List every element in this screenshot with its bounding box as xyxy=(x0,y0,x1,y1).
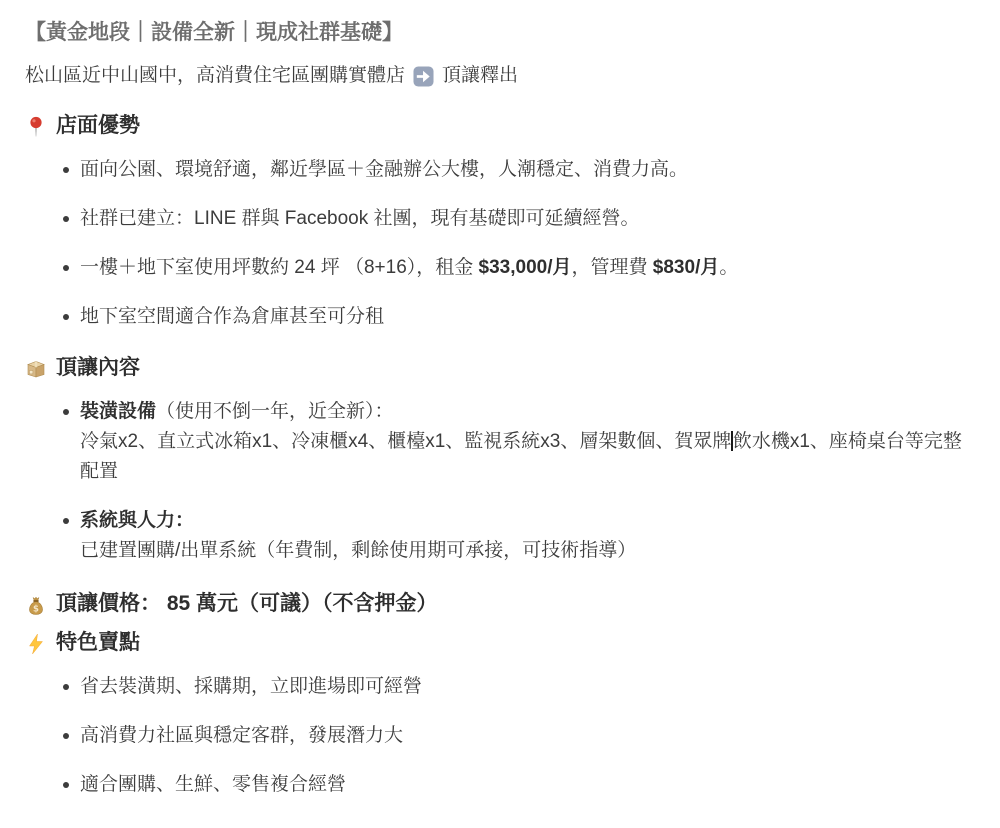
post-content[interactable]: 【黃金地段｜設備全新｜現成社群基礎】 松山區近中山國中，高消費住宅區團購實體店 … xyxy=(25,19,975,800)
text-segment: 面向公園、環境舒適，鄰近學區＋金融辦公大樓，人潮穩定、消費力高。 xyxy=(80,159,688,180)
storefront-list: 面向公園、環境舒適，鄰近學區＋金融辦公大樓，人潮穩定、消費力高。 社群已建立：L… xyxy=(25,155,975,332)
section-heading-features: 特色賣點 xyxy=(25,629,975,658)
price-text: 頂讓價格： 85 萬元（可議）（不含押金） xyxy=(56,590,438,619)
text-segment: 高消費力社區與穩定客群，發展潛力大 xyxy=(80,725,403,746)
money-bag-icon: $ xyxy=(25,594,47,616)
svg-text:$: $ xyxy=(33,604,39,614)
bold-text-segment: $830/月 xyxy=(653,257,720,278)
right-arrow-icon xyxy=(413,66,434,87)
text-segment: （使用不倒一年，近全新）： xyxy=(156,401,394,422)
section-heading-label: 店面優勢 xyxy=(56,112,140,141)
list-item: 地下室空間適合作為倉庫甚至可分租 xyxy=(80,302,975,332)
package-icon xyxy=(25,358,47,380)
list-item: 系統與人力：已建置團購/出單系統（年費制，剩餘使用期可承接，可技術指導） xyxy=(80,506,975,566)
lightning-icon xyxy=(25,633,47,655)
text-segment: 冷氣x2、直立式冰箱x1、冷凍櫃x4、櫃檯x1、監視系統x3、層架數個、賀眾牌 xyxy=(80,431,731,452)
bold-text-segment: 裝潢設備 xyxy=(80,401,156,422)
section-heading-label: 頂讓內容 xyxy=(56,354,140,383)
list-item: 面向公園、環境舒適，鄰近學區＋金融辦公大樓，人潮穩定、消費力高。 xyxy=(80,155,975,185)
list-item: 高消費力社區與穩定客群，發展潛力大 xyxy=(80,721,975,751)
subtitle-text-post: 頂讓釋出 xyxy=(442,62,518,91)
price-heading: $ 頂讓價格： 85 萬元（可議）（不含押金） xyxy=(25,590,975,619)
text-segment: 一樓＋地下室使用坪數約 24 坪 （8+16），租金 xyxy=(80,257,479,278)
text-segment: 適合團購、生鮮、零售複合經營 xyxy=(80,774,346,795)
list-item: 省去裝潢期、採購期，立即進場即可經營 xyxy=(80,672,975,702)
pushpin-icon xyxy=(25,116,47,138)
list-item: 一樓＋地下室使用坪數約 24 坪 （8+16），租金 $33,000/月，管理費… xyxy=(80,253,975,283)
text-segment: 已建置團購/出單系統（年費制，剩餘使用期可承接，可技術指導） xyxy=(80,540,636,561)
section-heading-label: 特色賣點 xyxy=(56,629,140,658)
text-segment: 省去裝潢期、採購期，立即進場即可經營 xyxy=(80,676,422,697)
section-heading-transfer: 頂讓內容 xyxy=(25,354,975,383)
transfer-list: 裝潢設備（使用不倒一年，近全新）：冷氣x2、直立式冰箱x1、冷凍櫃x4、櫃檯x1… xyxy=(25,397,975,566)
text-segment: 地下室空間適合作為倉庫甚至可分租 xyxy=(80,306,384,327)
features-list: 省去裝潢期、採購期，立即進場即可經營 高消費力社區與穩定客群，發展潛力大 適合團… xyxy=(25,672,975,800)
text-segment: 。 xyxy=(719,257,738,278)
list-item: 社群已建立：LINE 群與 Facebook 社團，現有基礎即可延續經營。 xyxy=(80,204,975,234)
bold-text-segment: 系統與人力： xyxy=(80,510,194,531)
list-item: 裝潢設備（使用不倒一年，近全新）：冷氣x2、直立式冰箱x1、冷凍櫃x4、櫃檯x1… xyxy=(80,397,975,487)
list-item: 適合團購、生鮮、零售複合經營 xyxy=(80,770,975,800)
section-heading-storefront: 店面優勢 xyxy=(25,112,975,141)
subtitle-text-pre: 松山區近中山國中，高消費住宅區團購實體店 xyxy=(25,62,405,91)
post-subtitle: 松山區近中山國中，高消費住宅區團購實體店 頂讓釋出 xyxy=(25,62,975,91)
text-segment: ，管理費 xyxy=(572,257,653,278)
text-segment: 社群已建立：LINE 群與 Facebook 社團，現有基礎即可延續經營。 xyxy=(80,208,640,229)
bold-text-segment: $33,000/月 xyxy=(479,257,572,278)
post-title: 【黃金地段｜設備全新｜現成社群基礎】 xyxy=(25,19,975,48)
